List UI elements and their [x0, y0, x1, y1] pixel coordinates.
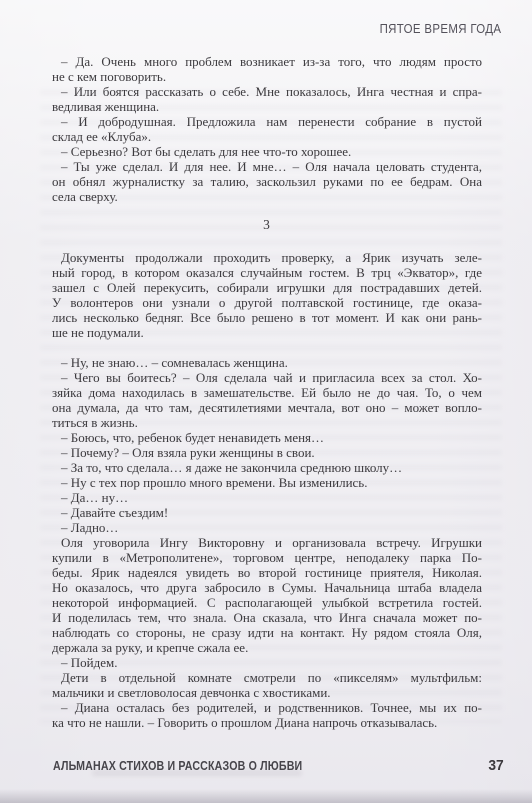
text-line: мальчики и светловолосая девчонка с хвос… — [52, 685, 482, 700]
section-number: 3 — [52, 217, 482, 232]
paragraph: – Да… ну… — [52, 490, 482, 505]
paragraph: – Да. Очень много проблем возникает из-з… — [52, 54, 482, 84]
text-line: титься в жизнь. — [52, 415, 482, 430]
text-line: Но оказалось, что друга забросило в Сумы… — [52, 580, 482, 595]
paragraph: – Пойдем. — [52, 655, 482, 670]
paragraph: – Или боятся рассказать о себе. Мне пока… — [52, 84, 482, 114]
text-line: – И добродушная. Предложила нам перенест… — [52, 114, 482, 129]
text-line: она думала, да что там, десятилетиями ме… — [52, 400, 482, 415]
text-line: он обнял журналистку за талию, заскользи… — [52, 174, 482, 189]
text-line: не с кем поговорить. — [52, 69, 482, 84]
text-line: – Чего вы боитесь? – Оля сделала чай и п… — [52, 370, 482, 385]
text-line: ведливая женщина. — [52, 99, 482, 114]
paragraph-spacer — [52, 340, 482, 355]
text-line: лись несколько бедняг. Все было решено в… — [52, 310, 482, 325]
paragraph: Документы продолжали проходить проверку,… — [52, 250, 482, 340]
text-line: Оля уговорила Ингу Викторовну и организо… — [52, 535, 482, 550]
paragraph: – Ну, не знаю… – сомневалась женщина. — [52, 355, 482, 370]
text-line: – Да. Очень много проблем возникает из-з… — [52, 54, 482, 69]
text-line: купили в «Метрополитене», торговом центр… — [52, 550, 482, 565]
paragraph: – Боюсь, что, ребенок будет ненавидеть м… — [52, 430, 482, 445]
page-footer: АЛЬМАНАХ СТИХОВ И РАССКАЗОВ О ЛЮБВИ 37 — [53, 758, 504, 773]
footer-title: АЛЬМАНАХ СТИХОВ И РАССКАЗОВ О ЛЮБВИ — [53, 760, 302, 773]
text-line: ка что не нашли. – Говорить о прошлом Ди… — [52, 715, 482, 730]
paragraph: – И добродушная. Предложила нам перенест… — [52, 114, 482, 144]
text-line: ный город, в котором оказался случайным … — [52, 265, 482, 280]
text-line: села сверху. — [52, 189, 482, 204]
text-line: – Да… ну… — [52, 490, 482, 505]
book-page: ПЯТОЕ ВРЕМЯ ГОДА – Да. Очень много пробл… — [0, 0, 532, 803]
text-line: наблюдать со стороны, не сразу идти на к… — [52, 625, 482, 640]
text-line: – За то, что сделала… я даже не закончил… — [52, 460, 482, 475]
paragraph: – За то, что сделала… я даже не закончил… — [52, 460, 482, 475]
paragraph: – Чего вы боитесь? – Оля сделала чай и п… — [52, 370, 482, 430]
paragraph: – Серьезно? Вот бы сделать для нее что-т… — [52, 144, 482, 159]
text-line: – Давайте съездим! — [52, 505, 482, 520]
text-line: зашел с Олей перекусить, собирали игрушк… — [52, 280, 482, 295]
text-line: беды. Ярик надеялся увидеть во второй го… — [52, 565, 482, 580]
paragraph: Дети в отдельной комнате смотрели по «пи… — [52, 670, 482, 700]
text-line: – Пойдем. — [52, 655, 482, 670]
text-line: склад ее «Клуба». — [52, 129, 482, 144]
running-header: ПЯТОЕ ВРЕМЯ ГОДА — [379, 22, 501, 36]
text-line: – Почему? – Оля взяла руки женщины в сво… — [52, 445, 482, 460]
text-line: – Диана осталась без родителей, и родств… — [52, 700, 482, 715]
paragraph: – Ты уже сделал. И для нее. И мне… – Оля… — [52, 159, 482, 204]
paragraph: – Ну с тех пор прошло много времени. Вы … — [52, 475, 482, 490]
page-number: 37 — [489, 758, 504, 773]
text-line: – Ладно… — [52, 520, 482, 535]
text-line: – Ну с тех пор прошло много времени. Вы … — [52, 475, 482, 490]
text-line: Дети в отдельной комнате смотрели по «пи… — [52, 670, 482, 685]
paragraph: – Давайте съездим! — [52, 505, 482, 520]
text-line: некоторой информацией. С располагающей у… — [52, 595, 482, 610]
body-text: – Да. Очень много проблем возникает из-з… — [52, 54, 482, 730]
text-line: И поделилась тем, что знала. Она сказала… — [52, 610, 482, 625]
text-line: зяйка дома находилась в замешательстве. … — [52, 385, 482, 400]
text-line: У волонтеров они узнали о другой полтавс… — [52, 295, 482, 310]
text-line: – Ну, не знаю… – сомневалась женщина. — [52, 355, 482, 370]
text-line: ше не подумали. — [52, 325, 482, 340]
paragraph: – Диана осталась без родителей, и родств… — [52, 700, 482, 730]
text-line: – Боюсь, что, ребенок будет ненавидеть м… — [52, 430, 482, 445]
text-line: – Или боятся рассказать о себе. Мне пока… — [52, 84, 482, 99]
text-line: держала за руку, и крепче сжала ее. — [52, 640, 482, 655]
text-line: – Серьезно? Вот бы сделать для нее что-т… — [52, 144, 482, 159]
paragraph: – Ладно… — [52, 520, 482, 535]
paragraph: Оля уговорила Ингу Викторовну и организо… — [52, 535, 482, 655]
paragraph: – Почему? – Оля взяла руки женщины в сво… — [52, 445, 482, 460]
text-line: Документы продолжали проходить проверку,… — [52, 250, 482, 265]
text-line: – Ты уже сделал. И для нее. И мне… – Оля… — [52, 159, 482, 174]
